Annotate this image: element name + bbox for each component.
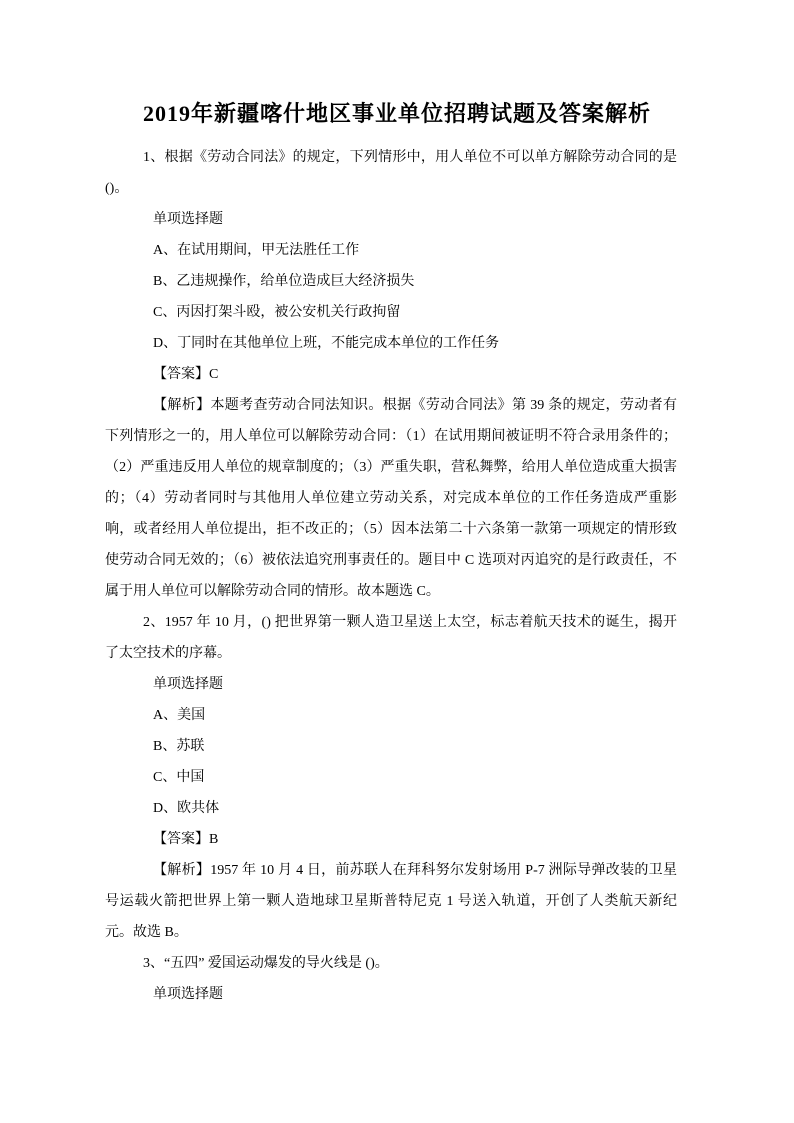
document-page: 2019年新疆喀什地区事业单位招聘试题及答案解析 1、根据《劳动合同法》的规定，… bbox=[0, 0, 794, 1123]
question-3-type-label: 单项选择题 bbox=[105, 979, 677, 1010]
document-body: 1、根据《劳动合同法》的规定，下列情形中，用人单位不可以单方解除劳动合同的是 (… bbox=[0, 132, 794, 1010]
question-2-stem: 2、1957 年 10 月，() 把世界第一颗人造卫星送上太空，标志着航天技术的… bbox=[105, 607, 677, 669]
question-1-answer: 【答案】C bbox=[105, 359, 677, 390]
question-1-analysis: 【解析】本题考查劳动合同法知识。根据《劳动合同法》第 39 条的规定，劳动者有下… bbox=[105, 390, 677, 607]
question-1-option-b: B、乙违规操作，给单位造成巨大经济损失 bbox=[105, 266, 677, 297]
question-1-type-label: 单项选择题 bbox=[105, 204, 677, 235]
question-2-type-label: 单项选择题 bbox=[105, 669, 677, 700]
question-3-stem: 3、“五四” 爱国运动爆发的导火线是 ()。 bbox=[105, 948, 677, 979]
question-2-option-b: B、苏联 bbox=[105, 731, 677, 762]
question-2-answer: 【答案】B bbox=[105, 824, 677, 855]
question-2-analysis: 【解析】1957 年 10 月 4 日，前苏联人在拜科努尔发射场用 P-7 洲际… bbox=[105, 855, 677, 948]
question-2-option-a: A、美国 bbox=[105, 700, 677, 731]
question-1-stem: 1、根据《劳动合同法》的规定，下列情形中，用人单位不可以单方解除劳动合同的是 (… bbox=[105, 142, 677, 204]
question-2-option-d: D、欧共体 bbox=[105, 793, 677, 824]
question-1-option-d: D、丁同时在其他单位上班，不能完成本单位的工作任务 bbox=[105, 328, 677, 359]
question-1-option-a: A、在试用期间，甲无法胜任工作 bbox=[105, 235, 677, 266]
question-1-option-c: C、丙因打架斗殴，被公安机关行政拘留 bbox=[105, 297, 677, 328]
document-title: 2019年新疆喀什地区事业单位招聘试题及答案解析 bbox=[0, 0, 794, 132]
question-2-option-c: C、中国 bbox=[105, 762, 677, 793]
